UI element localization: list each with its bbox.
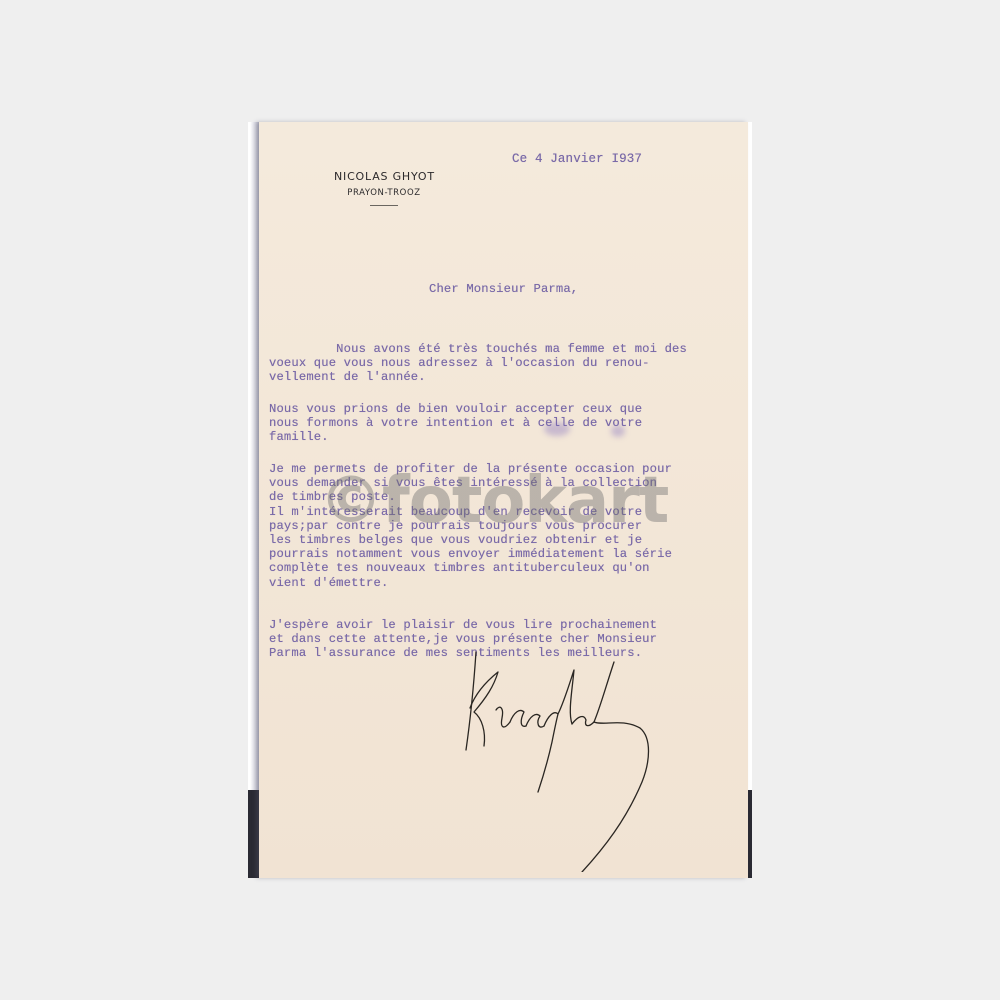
letter-paragraph: Nous avons été très touchés ma femme et …: [269, 342, 687, 385]
letterhead-name: NICOLAS GHYOT: [334, 170, 434, 183]
letter-paragraph: Nous vous prions de bien vouloir accepte…: [269, 402, 642, 445]
paper-left-edge: [250, 122, 259, 790]
handwritten-signature: [454, 642, 674, 872]
letterhead-rule: [370, 205, 398, 206]
letterhead-place: PRAYON-TROOZ: [334, 188, 434, 198]
letter-paper: NICOLAS GHYOT PRAYON-TROOZ Ce 4 Janvier …: [259, 122, 748, 878]
letter-date: Ce 4 Janvier I937: [512, 152, 642, 166]
letter-paragraph: Je me permets de profiter de la présente…: [269, 462, 672, 590]
ink-smudge: [544, 422, 570, 436]
letterhead: NICOLAS GHYOT PRAYON-TROOZ: [334, 170, 434, 206]
photo-stage: NICOLAS GHYOT PRAYON-TROOZ Ce 4 Janvier …: [0, 0, 1000, 1000]
ink-smudge: [611, 425, 625, 437]
letter-salutation: Cher Monsieur Parma,: [429, 282, 578, 296]
